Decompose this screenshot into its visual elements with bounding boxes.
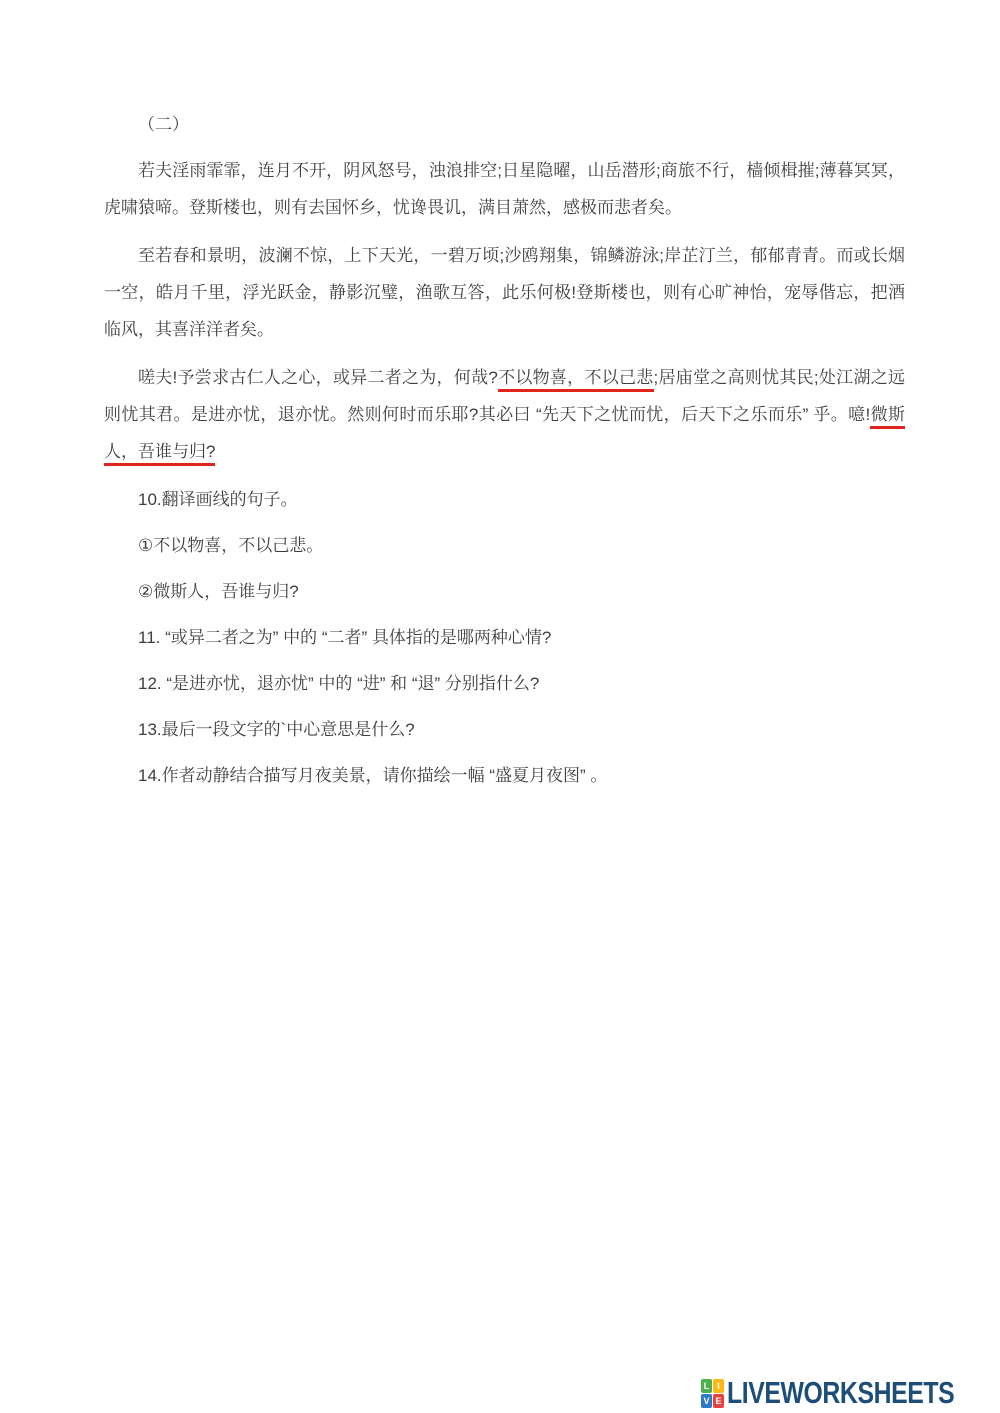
question-14: 14.作者动静结合描写月夜美景，请你描绘一幅 “盛夏月夜图” 。 [104, 757, 905, 794]
passage-text-segment-1: 嗟夫!予尝求古仁人之心，或异二者之为，何哉? [138, 368, 498, 387]
question-10-sub-1: ①不以物喜，不以己悲。 [104, 527, 905, 564]
question-10-sub-2: ②微斯人，吾谁与归? [104, 573, 905, 610]
worksheet-page: （二） 若夫淫雨霏霏，连月不开，阴风怒号，浊浪排空;日星隐曜，山岳潜形;商旅不行… [104, 106, 905, 803]
section-label: （二） [104, 106, 905, 143]
logo-square-i: I [713, 1379, 724, 1393]
liveworksheets-logo[interactable]: L I V E LIVEWORKSHEETS [701, 1375, 972, 1411]
logo-square-v: V [701, 1394, 712, 1408]
passage-paragraph-3: 嗟夫!予尝求古仁人之心，或异二者之为，何哉?不以物喜，不以己悲;居庙堂之高则忧其… [104, 359, 905, 470]
logo-square-l: L [701, 1379, 712, 1393]
question-11: 11. “或异二者之为” 中的 “二者” 具体指的是哪两种心情? [104, 619, 905, 656]
underlined-phrase-1: 不以物喜，不以己悲 [498, 368, 654, 392]
passage-paragraph-1: 若夫淫雨霏霏，连月不开，阴风怒号，浊浪排空;日星隐曜，山岳潜形;商旅不行，樯倾楫… [104, 152, 905, 226]
liveworksheets-wordmark: LIVEWORKSHEETS [727, 1375, 923, 1411]
passage-paragraph-2: 至若春和景明，波澜不惊，上下天光，一碧万顷;沙鸥翔集，锦鳞游泳;岸芷汀兰，郁郁青… [104, 237, 905, 348]
logo-square-e: E [713, 1394, 724, 1408]
question-10: 10.翻译画线的句子。 [104, 481, 905, 518]
question-12: 12. “是进亦忧，退亦忧” 中的 “进” 和 “退” 分别指什么? [104, 665, 905, 702]
liveworksheets-grid-icon: L I V E [701, 1379, 724, 1408]
question-13: 13.最后一段文字的`中心意思是什么? [104, 711, 905, 748]
